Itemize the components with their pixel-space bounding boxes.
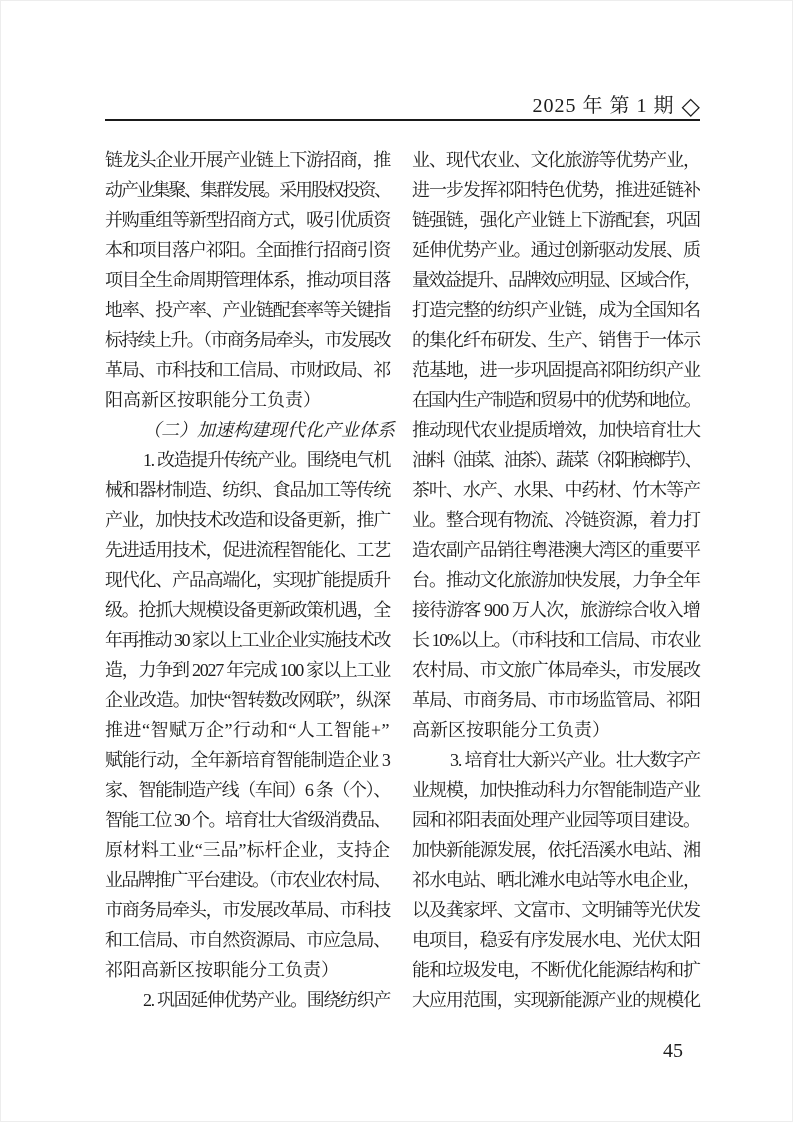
issue-label: 2025 年 第 1 期 bbox=[533, 93, 675, 120]
text-line: 和工信局、市自然资源局、市应急局、 bbox=[105, 925, 390, 955]
text-line: 标持续上升。（市商务局牵头，市发展改 bbox=[105, 325, 390, 355]
text-line: 原材料工业“三品”标杆企业，支持企 bbox=[105, 835, 390, 865]
text-line: 本和项目落户祁阳。全面推行招商引资 bbox=[105, 235, 390, 265]
text-line: 茶叶、水产、水果、中药材、竹木等产 bbox=[412, 475, 700, 505]
header-rule bbox=[105, 119, 700, 121]
text-line: 械和器材制造、纺织、食品加工等传统 bbox=[105, 475, 390, 505]
text-line: 1. 改造提升传统产业。围绕电气机 bbox=[105, 445, 390, 475]
text-line: 业。整合现有物流、冷链资源，着力打 bbox=[412, 505, 700, 535]
text-line: 智能工位 30 个。培育壮大省级消费品、 bbox=[105, 805, 390, 835]
text-line: 园和祁阳表面处理产业园等项目建设。 bbox=[412, 805, 700, 835]
text-line: 进一步发挥祁阳特色优势，推进延链补 bbox=[412, 175, 700, 205]
text-line: 祁阳高新区按职能分工负责） bbox=[105, 955, 390, 985]
text-line: 造，力争到 2027 年完成 100 家以上工业 bbox=[105, 655, 390, 685]
text-line: 能和垃圾发电，不断优化能源结构和扩 bbox=[412, 955, 700, 985]
text-line: 业品牌推广平台建设。（市农业农村局、 bbox=[105, 865, 390, 895]
left-column: 链龙头企业开展产业链上下游招商，推动产业集聚、集群发展。采用股权投资、并购重组等… bbox=[105, 145, 390, 1015]
text-line: 推动现代农业提质增效，加快培育壮大 bbox=[412, 415, 700, 445]
text-line: 打造完整的纺织产业链，成为全国知名 bbox=[412, 295, 700, 325]
text-line: 台。推动文化旅游加快发展，力争全年 bbox=[412, 565, 700, 595]
text-line: 电项目，稳妥有序发展水电、光伏太阳 bbox=[412, 925, 700, 955]
text-line: 赋能行动，全年新培育智能制造企业 3 bbox=[105, 745, 390, 775]
text-line: 范基地，进一步巩固提高祁阳纺织产业 bbox=[412, 355, 700, 385]
text-line: 阳高新区按职能分工负责） bbox=[105, 385, 390, 415]
text-line: 接待游客 900 万人次，旅游综合收入增 bbox=[412, 595, 700, 625]
text-line: 地率、投产率、产业链配套率等关键指 bbox=[105, 295, 390, 325]
text-line: 并购重组等新型招商方式，吸引优质资 bbox=[105, 205, 390, 235]
page-header: 2025 年 第 1 期 ◇ bbox=[533, 93, 700, 120]
text-line: 加快新能源发展，依托浯溪水电站、湘 bbox=[412, 835, 700, 865]
text-line: 推进“智赋万企”行动和“人工智能+” bbox=[105, 715, 390, 745]
text-line: 业、现代农业、文化旅游等优势产业， bbox=[412, 145, 700, 175]
page-number: 45 bbox=[663, 1039, 683, 1063]
text-line: 动产业集聚、集群发展。采用股权投资、 bbox=[105, 175, 390, 205]
text-line: 链强链，强化产业链上下游配套，巩固 bbox=[412, 205, 700, 235]
text-line: 农村局、市文旅广体局牵头，市发展改 bbox=[412, 655, 700, 685]
diamond-icon: ◇ bbox=[682, 95, 700, 119]
text-line: 3. 培育壮大新兴产业。壮大数字产 bbox=[412, 745, 700, 775]
right-column: 业、现代农业、文化旅游等优势产业，进一步发挥祁阳特色优势，推进延链补链强链，强化… bbox=[412, 145, 700, 1015]
text-line: 家、智能制造产线（车间）6 条（个）、 bbox=[105, 775, 390, 805]
text-line: 链龙头企业开展产业链上下游招商，推 bbox=[105, 145, 390, 175]
text-line: 革局、市科技和工信局、市财政局、祁 bbox=[105, 355, 390, 385]
content-columns: 链龙头企业开展产业链上下游招商，推动产业集聚、集群发展。采用股权投资、并购重组等… bbox=[105, 145, 700, 1015]
text-line: 项目全生命周期管理体系，推动项目落 bbox=[105, 265, 390, 295]
text-line: 2. 巩固延伸优势产业。围绕纺织产 bbox=[105, 985, 390, 1015]
text-line: 先进适用技术，促进流程智能化、工艺 bbox=[105, 535, 390, 565]
text-line: 产业，加快技术改造和设备更新，推广 bbox=[105, 505, 390, 535]
text-line: 现代化、产品高端化，实现扩能提质升 bbox=[105, 565, 390, 595]
text-line: 延伸优势产业。通过创新驱动发展、质 bbox=[412, 235, 700, 265]
text-line: 大应用范围，实现新能源产业的规模化 bbox=[412, 985, 700, 1015]
text-line: 年再推动 30 家以上工业企业实施技术改 bbox=[105, 625, 390, 655]
text-line: （二）加速构建现代化产业体系 bbox=[105, 415, 390, 445]
text-line: 油料（油菜、油茶）、蔬菜（祁阳槟榔芋）、 bbox=[412, 445, 700, 475]
text-line: 企业改造。加快“智转数改网联”，纵深 bbox=[105, 685, 390, 715]
text-line: 长 10%以上。（市科技和工信局、市农业 bbox=[412, 625, 700, 655]
text-line: 革局、市商务局、市市场监管局、祁阳 bbox=[412, 685, 700, 715]
text-line: 以及龚家坪、文富市、文明铺等光伏发 bbox=[412, 895, 700, 925]
text-line: 造农副产品销往粤港澳大湾区的重要平 bbox=[412, 535, 700, 565]
text-line: 的集化纤布研发、生产、销售于一体示 bbox=[412, 325, 700, 355]
text-line: 在国内生产制造和贸易中的优势和地位。 bbox=[412, 385, 700, 415]
text-line: 量效益提升、品牌效应明显、区域合作， bbox=[412, 265, 700, 295]
text-line: 高新区按职能分工负责） bbox=[412, 715, 700, 745]
text-line: 业规模，加快推动科力尔智能制造产业 bbox=[412, 775, 700, 805]
text-line: 级。抢抓大规模设备更新政策机遇，全 bbox=[105, 595, 390, 625]
text-line: 市商务局牵头，市发展改革局、市科技 bbox=[105, 895, 390, 925]
text-line: 祁水电站、晒北滩水电站等水电企业， bbox=[412, 865, 700, 895]
